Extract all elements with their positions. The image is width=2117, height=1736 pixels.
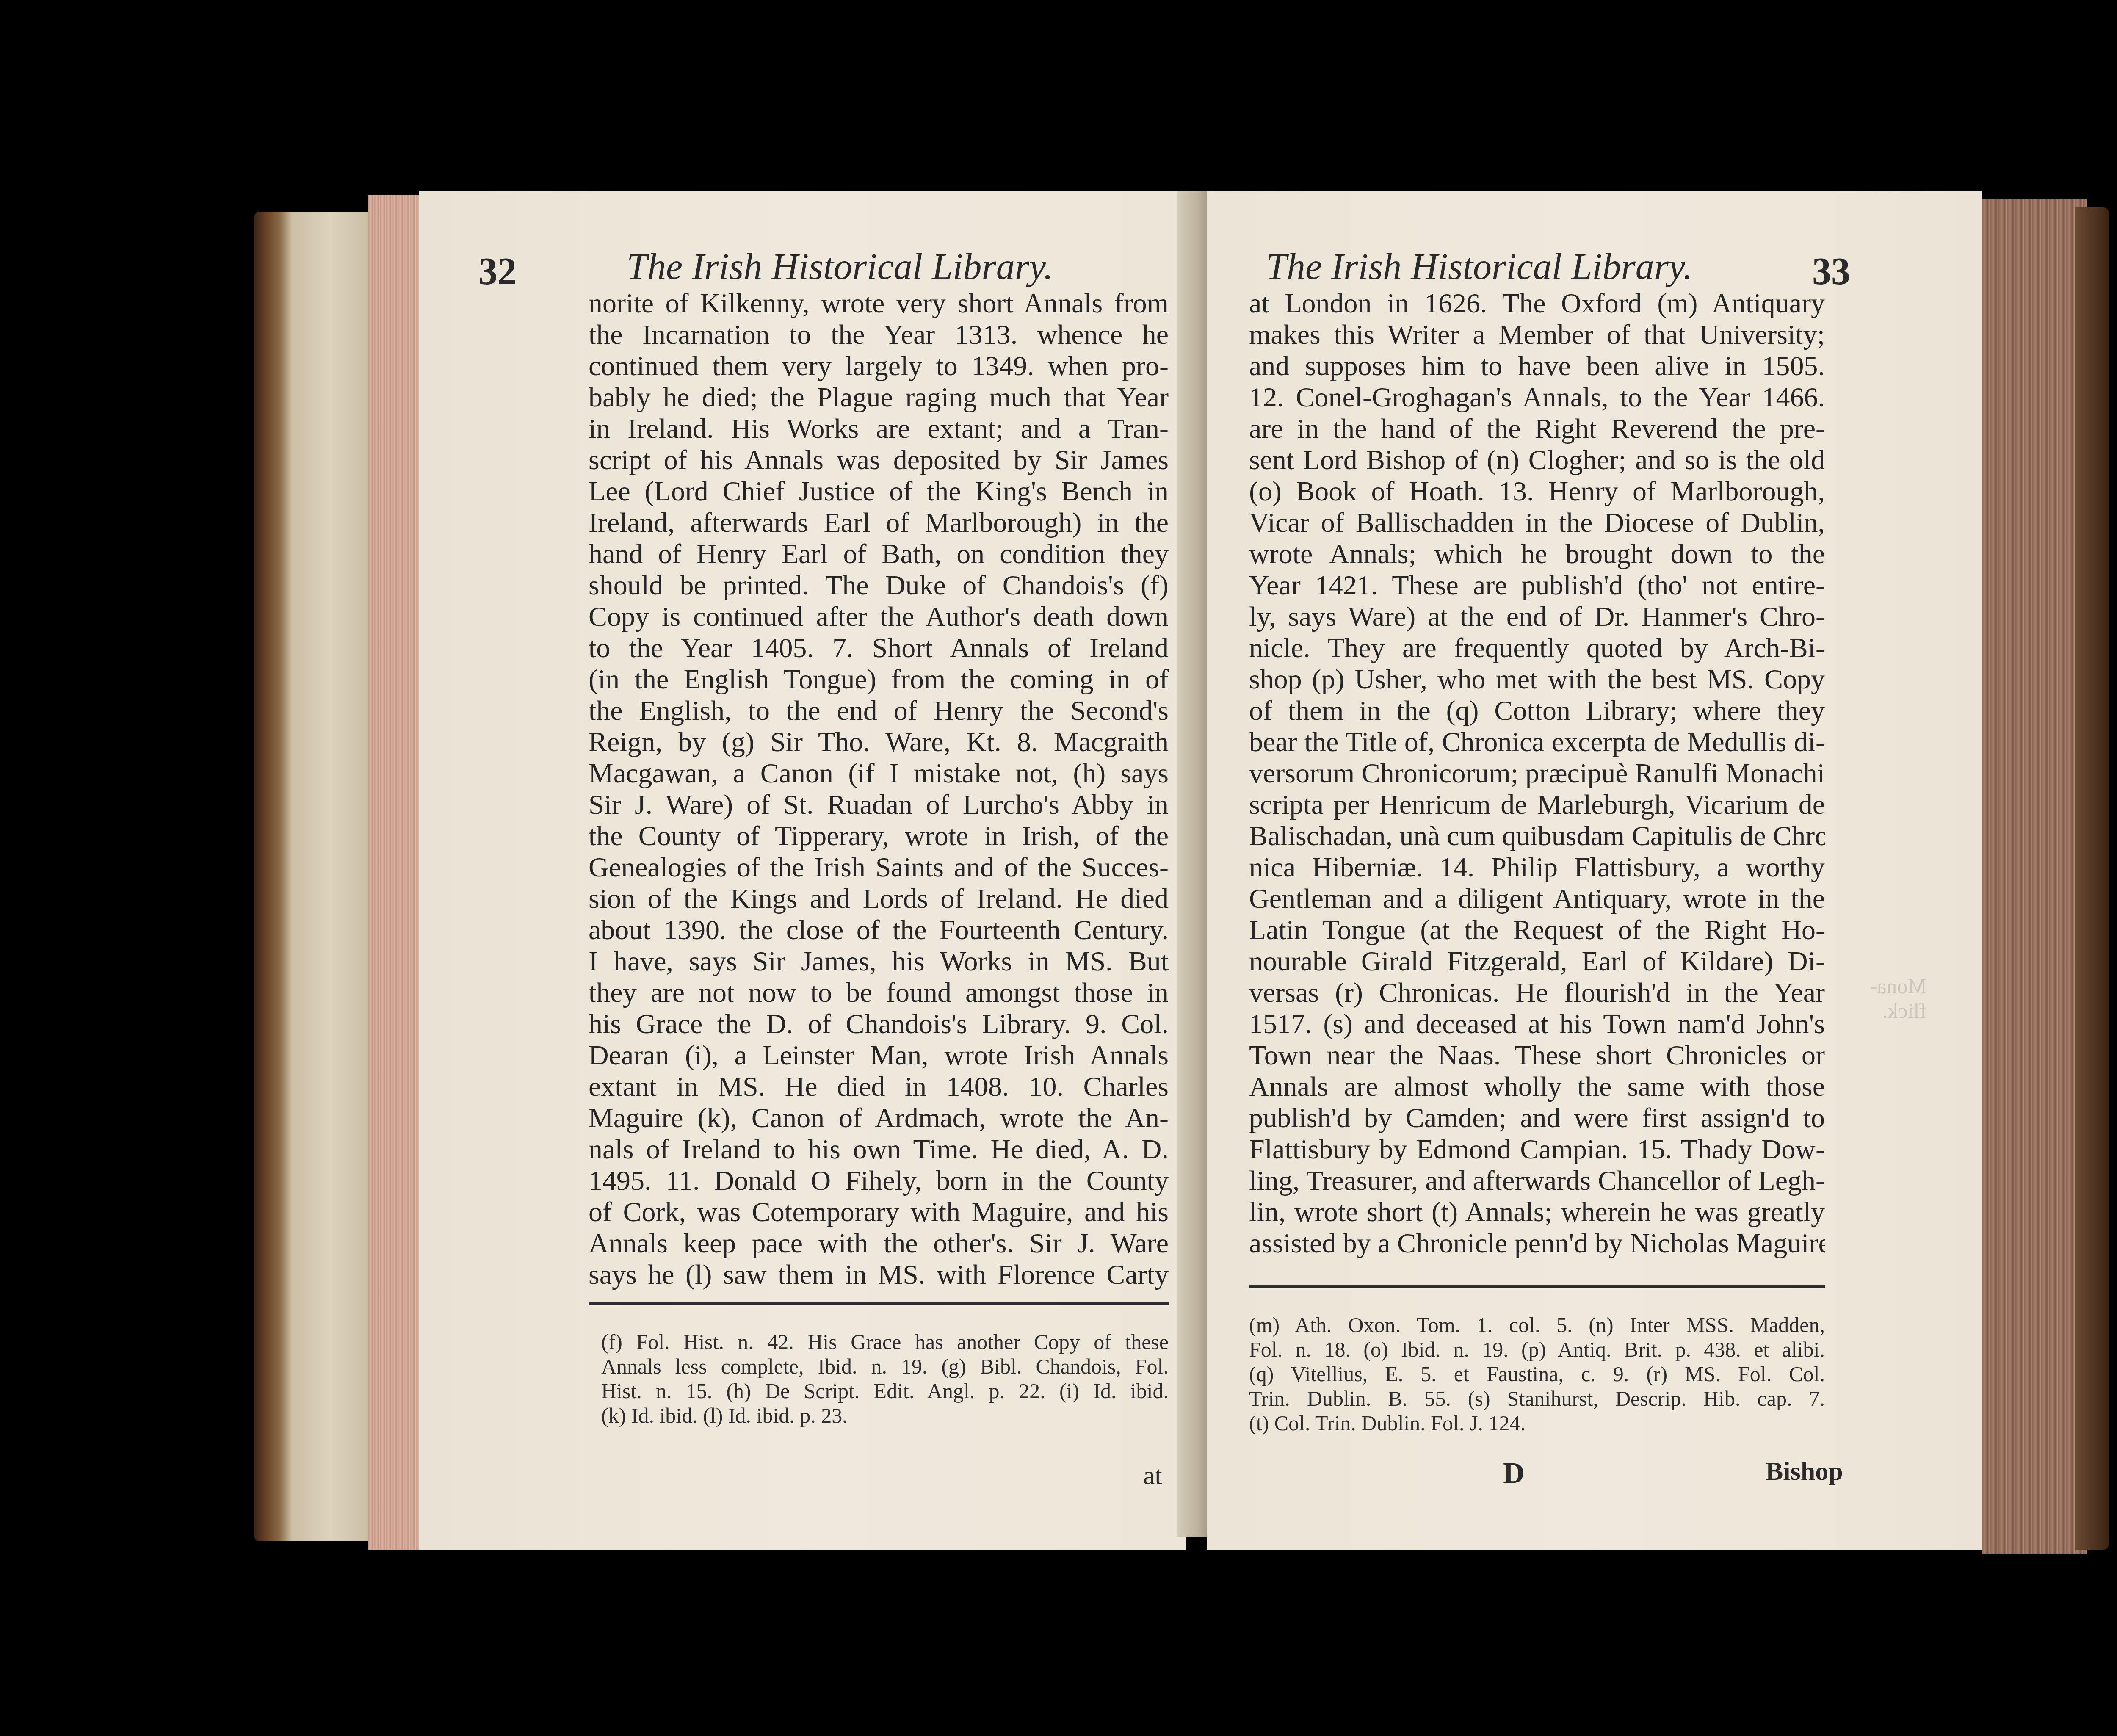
text-line: Trin. Dublin. B. 55. (s) Stanihurst, Des… (1249, 1386, 1825, 1411)
text-line: assisted by a Chronicle penn'd by Nichol… (1249, 1228, 1825, 1259)
left-body-text: norite of Kilkenny, wrote very short Ann… (589, 288, 1169, 1291)
right-body-text: at London in 1626. The Oxford (m) Antiqu… (1249, 288, 1825, 1259)
text-line: ly, says Ware) at the end of Dr. Hanmer'… (1249, 601, 1825, 633)
text-line: I have, says Sir James, his Works in MS.… (589, 946, 1169, 977)
text-line: versas (r) Chronicas. He flourish'd in t… (1249, 977, 1825, 1009)
text-line: in Ireland. His Works are extant; and a … (589, 413, 1169, 445)
text-line: Lee (Lord Chief Justice of the King's Be… (589, 476, 1169, 507)
text-line: (o) Book of Hoath. 13. Henry of Marlboro… (1249, 476, 1825, 507)
text-line: Latin Tongue (at the Request of the Righ… (1249, 915, 1825, 946)
page-number-right: 33 (1812, 250, 1850, 293)
text-line: script of his Annals was deposited by Si… (589, 445, 1169, 476)
text-line: Sir J. Ware) of St. Ruadan of Lurcho's A… (589, 789, 1169, 821)
text-line: continued them very largely to 1349. whe… (589, 351, 1169, 382)
text-line: to the Year 1405. 7. Short Annals of Ire… (589, 633, 1169, 664)
text-line: bear the Title of, Chronica excerpta de … (1249, 727, 1825, 758)
text-line: (m) Ath. Oxon. Tom. 1. col. 5. (n) Inter… (1249, 1313, 1825, 1337)
text-line: his Grace the D. of Chandois's Library. … (589, 1009, 1169, 1040)
signature-mark: D (1503, 1457, 1525, 1490)
left-page-edges (368, 195, 423, 1550)
right-page: The Irish Historical Library. 33 at Lond… (1207, 191, 1982, 1550)
text-line: Copy is continued after the Author's dea… (589, 601, 1169, 633)
text-line: Year 1421. These are publish'd (tho' not… (1249, 570, 1825, 601)
text-line: (q) Vitellius, E. 5. et Faustina, c. 9. … (1249, 1362, 1825, 1386)
text-line: and supposes him to have been alive in 1… (1249, 351, 1825, 382)
text-line: sent Lord Bishop of (n) Clogher; and so … (1249, 445, 1825, 476)
text-line: bably he died; the Plague raging much th… (589, 382, 1169, 413)
catchword-left: at (1143, 1461, 1162, 1491)
text-line: the Incarnation to the Year 1313. whence… (589, 319, 1169, 351)
footnote-rule-right (1249, 1285, 1825, 1288)
left-footnotes: (f) Fol. Hist. n. 42. His Grace has anot… (601, 1330, 1169, 1428)
bleed-through-note: Mona- flick. (1867, 974, 1926, 1023)
text-line: hand of Henry Earl of Bath, on condition… (589, 539, 1169, 570)
text-line: makes this Writer a Member of that Unive… (1249, 319, 1825, 351)
gutter (1177, 191, 1211, 1537)
text-line: nals of Ireland to his own Time. He died… (589, 1134, 1169, 1165)
text-line: Genealogies of the Irish Saints and of t… (589, 852, 1169, 883)
text-line: Dearan (i), a Leinster Man, wrote Irish … (589, 1040, 1169, 1071)
text-line: nicle. They are frequently quoted by Arc… (1249, 633, 1825, 664)
text-line: the County of Tipperary, wrote in Irish,… (589, 821, 1169, 852)
text-line: norite of Kilkenny, wrote very short Ann… (589, 288, 1169, 319)
text-line: publish'd by Camden; and were first assi… (1249, 1103, 1825, 1134)
text-line: nourable Girald Fitzgerald, Earl of Kild… (1249, 946, 1825, 977)
text-line: Ireland, afterwards Earl of Marlborough)… (589, 507, 1169, 539)
text-line: Maguire (k), Canon of Ardmach, wrote the… (589, 1103, 1169, 1134)
text-line: Gentleman and a diligent Antiquary, wrot… (1249, 883, 1825, 915)
text-line: Macgawan, a Canon (if I mistake not, (h)… (589, 758, 1169, 789)
text-line: (f) Fol. Hist. n. 42. His Grace has anot… (601, 1330, 1169, 1354)
text-line: 1495. 11. Donald O Fihely, born in the C… (589, 1165, 1169, 1197)
text-line: Flattisbury by Edmond Campian. 15. Thady… (1249, 1134, 1825, 1165)
text-line: the English, to the end of Henry the Sec… (589, 695, 1169, 727)
running-head-left: The Irish Historical Library. (627, 246, 1053, 288)
footnote-rule-left (589, 1302, 1169, 1305)
running-head-right: The Irish Historical Library. (1266, 246, 1692, 288)
left-cover (254, 212, 381, 1541)
text-line: says he (l) saw them in MS. with Florenc… (589, 1259, 1169, 1291)
text-line: they are not now to be found amongst tho… (589, 977, 1169, 1009)
text-line: sion of the Kings and Lords of Ireland. … (589, 883, 1169, 915)
text-line: lin, wrote short (t) Annals; wherein he … (1249, 1197, 1825, 1228)
text-line: Annals are almost wholly the same with t… (1249, 1071, 1825, 1103)
text-line: Annals less complete, Ibid. n. 19. (g) B… (601, 1354, 1169, 1379)
open-book: 32 The Irish Historical Library. norite … (254, 191, 2117, 1567)
text-line: Balischadan, unà cum quibusdam Capitulis… (1249, 821, 1825, 852)
text-line: ling, Treasurer, and afterwards Chancell… (1249, 1165, 1825, 1197)
text-line: Vicar of Ballischadden in the Diocese of… (1249, 507, 1825, 539)
text-line: of them in the (q) Cotton Library; where… (1249, 695, 1825, 727)
text-line: 1517. (s) and deceased at his Town nam'd… (1249, 1009, 1825, 1040)
text-line: are in the hand of the Right Reverend th… (1249, 413, 1825, 445)
text-line: (k) Id. ibid. (l) Id. ibid. p. 23. (601, 1403, 1169, 1428)
right-cover (2075, 207, 2109, 1550)
text-line: extant in MS. He died in 1408. 10. Charl… (589, 1071, 1169, 1103)
left-page: 32 The Irish Historical Library. norite … (419, 191, 1186, 1550)
text-line: 12. Conel-Groghagan's Annals, to the Yea… (1249, 382, 1825, 413)
text-line: Town near the Naas. These short Chronicl… (1249, 1040, 1825, 1071)
text-line: shop (p) Usher, who met with the best MS… (1249, 664, 1825, 695)
right-page-edges (1982, 199, 2087, 1554)
text-line: nica Hiberniæ. 14. Philip Flattisbury, a… (1249, 852, 1825, 883)
text-line: Annals keep pace with the other's. Sir J… (589, 1228, 1169, 1259)
catchword-right: Bishop (1766, 1457, 1843, 1487)
right-footnotes: (m) Ath. Oxon. Tom. 1. col. 5. (n) Inter… (1249, 1313, 1825, 1435)
text-line: about 1390. the close of the Fourteenth … (589, 915, 1169, 946)
text-line: (in the English Tongue) from the coming … (589, 664, 1169, 695)
text-line: Reign, by (g) Sir Tho. Ware, Kt. 8. Macg… (589, 727, 1169, 758)
text-line: (t) Col. Trin. Dublin. Fol. J. 124. (1249, 1411, 1825, 1435)
text-line: wrote Annals; which he brought down to t… (1249, 539, 1825, 570)
text-line: of Cork, was Cotemporary with Maguire, a… (589, 1197, 1169, 1228)
text-line: Hist. n. 15. (h) De Script. Edit. Angl. … (601, 1379, 1169, 1403)
text-line: scripta per Henricum de Marleburgh, Vica… (1249, 789, 1825, 821)
text-line: versorum Chronicorum; præcipuè Ranulfi M… (1249, 758, 1825, 789)
text-line: at London in 1626. The Oxford (m) Antiqu… (1249, 288, 1825, 319)
text-line: Fol. n. 18. (o) Ibid. n. 19. (p) Antiq. … (1249, 1337, 1825, 1362)
text-line: should be printed. The Duke of Chandois'… (589, 570, 1169, 601)
page-number-left: 32 (478, 250, 517, 293)
